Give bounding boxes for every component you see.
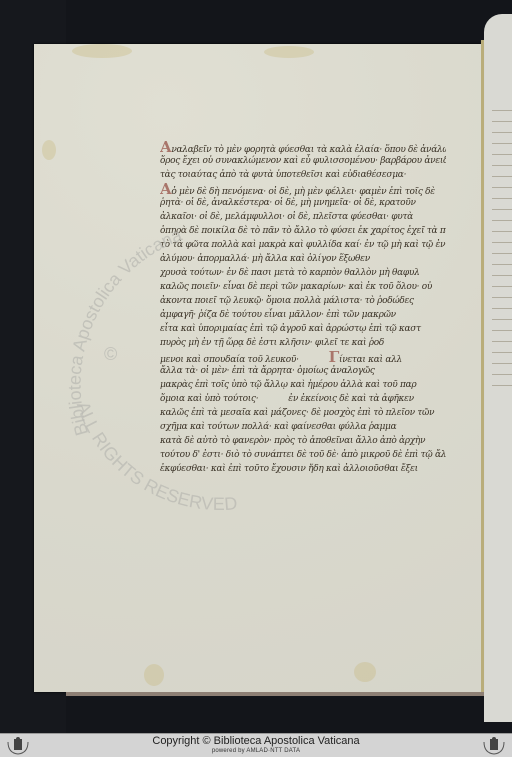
line-text: καλῶς ποιεῖν· εἶναι δὲ περὶ τῶν μακαρίων… bbox=[160, 282, 432, 292]
manuscript-line: καλῶς ποιεῖν· εἶναι δὲ περὶ τῶν μακαρίων… bbox=[160, 280, 446, 294]
manuscript-line: σχῆμα καὶ τούτων πολλά· καὶ φαίνεσθαι φύ… bbox=[160, 420, 446, 434]
manuscript-line: τούτου δ' ἐστι· διὸ τὸ συνάπτει δὲ τοῦ δ… bbox=[160, 448, 446, 462]
line-text: ἀμφαγῆ· ῥίζα δὲ τούτου εἶναι μᾶλλον· ἐπὶ… bbox=[160, 310, 396, 320]
facing-page-text bbox=[492, 110, 512, 390]
line-text: μακρὰς ἐπὶ τοῖς ὑπὸ τῷ ἄλλῳ καὶ ἡμέρου ἀ… bbox=[160, 380, 416, 390]
page-bottom-edge bbox=[66, 692, 484, 696]
binding-gutter bbox=[481, 40, 484, 696]
manuscript-line: ὅμοια καὶ ὑπὸ τούτοις·ἐν ἐκείνοις δὲ καὶ… bbox=[160, 392, 446, 406]
manuscript-line: ἄλλα τὰ· οἱ μὲν· ἐπὶ τὰ ἄρρητα· ὁμοίως ἀ… bbox=[160, 364, 446, 378]
manuscript-line: κατὰ δὲ αὐτὸ τὸ φανερὸν· πρὸς τὸ ἀποθεῖν… bbox=[160, 434, 446, 448]
manuscript-line: ῥητὰ· οἱ δὲ, ἀναλκέστερα· οἱ δὲ, μὴ μνημ… bbox=[160, 196, 446, 210]
line-text: πυρὸς μὴ ἐν τῇ ὥρᾳ δὲ ἐστι κλῆσιν· φιλεῖ… bbox=[160, 338, 384, 348]
line-text: κατὰ δὲ αὐτὸ τὸ φανερὸν· πρὸς τὸ ἀποθεῖν… bbox=[160, 436, 425, 446]
line-text: ἐν ἐκείνοις δὲ καὶ τὰ ἀφῆκεν bbox=[288, 394, 414, 404]
manuscript-line: τὰς τοιαύτας ἀπὸ τὰ φυτὰ ὑποτεθεῖσι καὶ … bbox=[160, 168, 446, 182]
manuscript-line: πυρὸς μὴ ἐν τῇ ὥρᾳ δὲ ἐστι κλῆσιν· φιλεῖ… bbox=[160, 336, 446, 350]
line-text: εἶτα καὶ ὑποριμαίας ἐπὶ τῷ ἀγροῦ καὶ ἀρρ… bbox=[160, 324, 421, 334]
powered-by-text: powered by AMLAD·NTT DATA bbox=[0, 748, 512, 754]
rubricated-initial: Α bbox=[160, 140, 171, 154]
line-text: ἄλλα τὰ· οἱ μὲν· ἐπὶ τὰ ἄρρητα· ὁμοίως ἀ… bbox=[160, 366, 375, 376]
line-text: ναλαβεῖν τὸ μὲν φορητὰ φύεσθαι τὰ καλὰ ἐ… bbox=[171, 145, 446, 154]
stain bbox=[354, 662, 376, 682]
footer-bar: Copyright © Biblioteca Apostolica Vatica… bbox=[0, 733, 512, 757]
line-text: ὅμοια καὶ ὑπὸ τούτοις· bbox=[160, 394, 258, 404]
manuscript-line: ἀκοντα ποιεῖ τῷ λευκῷ· ὅμοια πολλὰ μάλισ… bbox=[160, 294, 446, 308]
rubricated-initial: Γ bbox=[329, 350, 339, 364]
manuscript-line: εἶτα καὶ ὑποριμαίας ἐπὶ τῷ ἀγροῦ καὶ ἀρρ… bbox=[160, 322, 446, 336]
manuscript-line: μακρὰς ἐπὶ τοῖς ὑπὸ τῷ ἄλλῳ καὶ ἡμέρου ἀ… bbox=[160, 378, 446, 392]
line-text: ἀκοντα ποιεῖ τῷ λευκῷ· ὅμοια πολλὰ μάλισ… bbox=[160, 296, 414, 306]
manuscript-line: Αναλαβεῖν τὸ μὲν φορητὰ φύεσθαι τὰ καλὰ … bbox=[160, 140, 446, 154]
line-text: ἀλύμου· ἀπορμαλλά· μὴ ἄλλα καὶ ὁλίγον ἕξ… bbox=[160, 254, 370, 264]
manuscript-line: ἀλύμου· ἀπορμαλλά· μὴ ἄλλα καὶ ὁλίγον ἕξ… bbox=[160, 252, 446, 266]
rubricated-initial: Α bbox=[160, 182, 171, 196]
manuscript-line: Αὁ μὲν δὲ δὴ πενόμενα· οἱ δὲ, μὴ μὲν φέλ… bbox=[160, 182, 446, 196]
line-text: σχῆμα καὶ τούτων πολλά· καὶ φαίνεσθαι φύ… bbox=[160, 422, 396, 432]
line-text: μενοι καὶ σπουδαία τοῦ λευκοῦ· bbox=[160, 355, 299, 364]
line-text: ἐκφύεσθαι· καὶ ἐπὶ τοῦτο ἔχουσιν ἤδη καὶ… bbox=[160, 464, 418, 474]
line-text: ῥητὰ· οἱ δὲ, ἀναλκέστερα· οἱ δὲ, μὴ μνημ… bbox=[160, 198, 416, 208]
line-text: ὁπηρὰ δὲ ποικίλα δὲ τὸ πᾶν τὸ ἄλλο τὸ φύ… bbox=[160, 226, 446, 236]
manuscript-line: ἀμφαγῆ· ῥίζα δὲ τούτου εἶναι μᾶλλον· ἐπὶ… bbox=[160, 308, 446, 322]
manuscript-line: ὅρος ἔχει οὐ συνακλώμενον καὶ εὖ φυλισσο… bbox=[160, 154, 446, 168]
image-viewer[interactable]: Αναλαβεῖν τὸ μὲν φορητὰ φύεσθαι τὰ καλὰ … bbox=[0, 0, 512, 733]
manuscript-line: ὁπηρὰ δὲ ποικίλα δὲ τὸ πᾶν τὸ ἄλλο τὸ φύ… bbox=[160, 224, 446, 238]
line-text: χρυσὰ τούτων· ἐν δὲ πασι μετὰ τὸ καρπὸν … bbox=[160, 268, 420, 278]
stain bbox=[42, 140, 56, 160]
copyright-text: Copyright © Biblioteca Apostolica Vatica… bbox=[0, 735, 512, 747]
line-text: τὰς τοιαύτας ἀπὸ τὰ φυτὰ ὑποτεθεῖσι καὶ … bbox=[160, 170, 406, 180]
manuscript-line: ἐκφύεσθαι· καὶ ἐπὶ τοῦτο ἔχουσιν ἤδη καὶ… bbox=[160, 462, 446, 476]
manuscript-line: μενοι καὶ σπουδαία τοῦ λευκοῦ·Γίνεται κα… bbox=[160, 350, 446, 364]
manuscript-line: ἀλκαῖοι· οἱ δὲ, μελάμφυλλοι· οἱ δὲ, πλεῖ… bbox=[160, 210, 446, 224]
stain bbox=[72, 44, 132, 58]
line-text: ὁ μὲν δὲ δὴ πενόμενα· οἱ δὲ, μὴ μὲν φέλλ… bbox=[171, 187, 434, 196]
manuscript-text: Αναλαβεῖν τὸ μὲν φορητὰ φύεσθαι τὰ καλὰ … bbox=[160, 140, 446, 476]
line-text: ὅρος ἔχει οὐ συνακλώμενον καὶ εὖ φυλισσο… bbox=[160, 156, 446, 166]
line-text: ίνεται καὶ αλλ bbox=[339, 355, 402, 364]
line-text: τούτου δ' ἐστι· διὸ τὸ συνάπτει δὲ τοῦ δ… bbox=[160, 450, 446, 460]
papal-emblem-icon bbox=[480, 736, 508, 756]
line-text: ἀλκαῖοι· οἱ δὲ, μελάμφυλλοι· οἱ δὲ, πλεῖ… bbox=[160, 212, 413, 222]
line-text: καλῶς ἐπὶ τὰ μεσαῖα καὶ μάζονες· δὲ μοσχ… bbox=[160, 408, 434, 418]
manuscript-line: τὸ τὰ φῶτα πολλὰ καὶ μακρὰ καὶ φυλλίδα κ… bbox=[160, 238, 446, 252]
manuscript-line: χρυσὰ τούτων· ἐν δὲ πασι μετὰ τὸ καρπὸν … bbox=[160, 266, 446, 280]
stain bbox=[264, 46, 314, 58]
stain bbox=[144, 664, 164, 686]
manuscript-line: καλῶς ἐπὶ τὰ μεσαῖα καὶ μάζονες· δὲ μοσχ… bbox=[160, 406, 446, 420]
line-text: τὸ τὰ φῶτα πολλὰ καὶ μακρὰ καὶ φυλλίδα κ… bbox=[160, 240, 445, 250]
